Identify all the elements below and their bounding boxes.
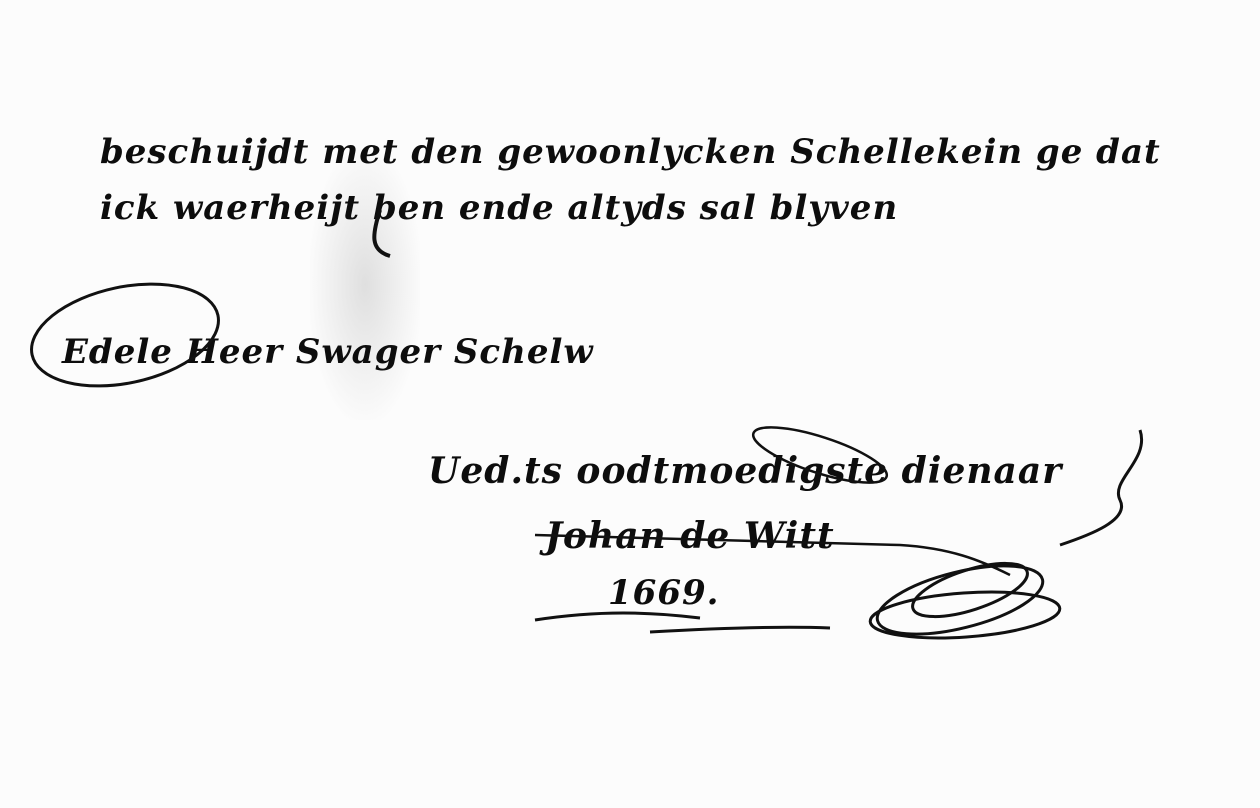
signature-flourishes-icon <box>0 0 1260 808</box>
document-page: beschuijdt met den gewoonlycken Schellek… <box>0 0 1260 808</box>
